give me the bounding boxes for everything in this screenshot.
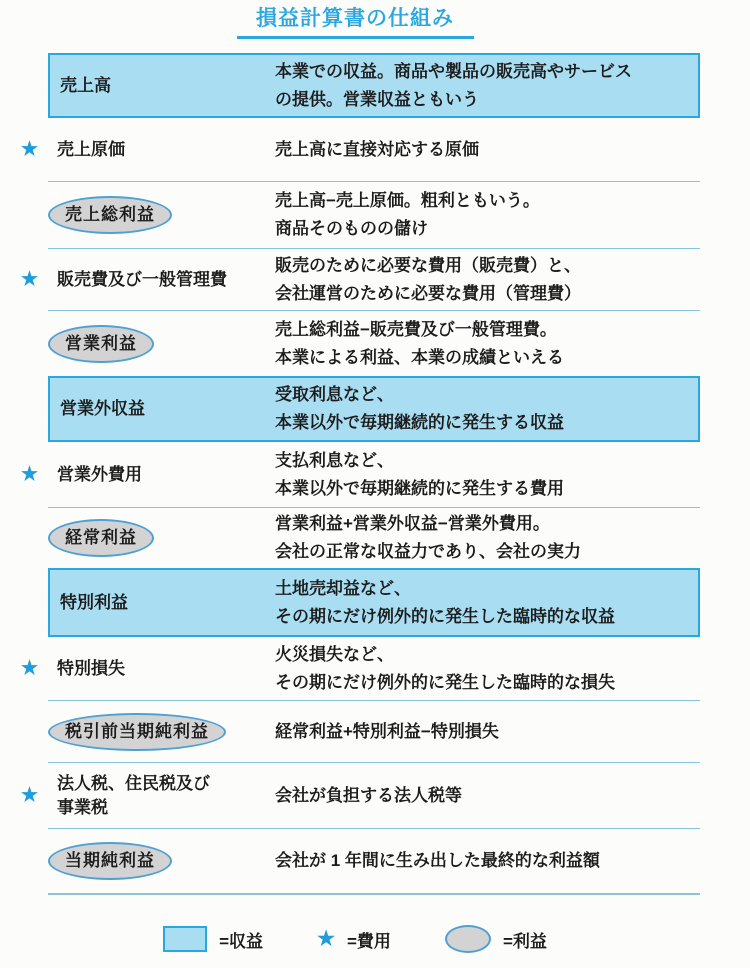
star-cell: ★ bbox=[0, 270, 48, 289]
legend-label-profit: =利益 bbox=[503, 927, 547, 952]
legend-label-expense: =費用 bbox=[347, 927, 391, 952]
desc-line: 売上高に直接対応する原価 bbox=[275, 136, 706, 164]
row-non-operating-expenses: ★ 営業外費用 支払利息など、 本業以外で毎期継続的に発生する費用 bbox=[0, 442, 750, 507]
row-description: 営業利益+営業外収益−営業外費用。 会社の正常な収益力であり、会社の実力 bbox=[275, 510, 750, 566]
star-icon: ★ bbox=[21, 786, 38, 805]
row-sales: 売上高 本業での収益。商品や製品の販売高やサービス の提供。営業収益ともいう bbox=[48, 53, 700, 118]
desc-line: その期にだけ例外的に発生した臨時的な損失 bbox=[275, 669, 706, 697]
row-description: 販売のために必要な費用（販売費）と、 会社運営のために必要な費用（管理費） bbox=[275, 252, 750, 308]
row-operating-profit: 営業利益 売上総利益−販売費及び一般管理費。 本業による利益、本業の成績といえる bbox=[48, 311, 750, 376]
desc-line: 本業での収益。商品や製品の販売高やサービス bbox=[275, 58, 694, 86]
desc-line: 販売のために必要な費用（販売費）と、 bbox=[275, 252, 706, 280]
star-icon: ★ bbox=[21, 659, 38, 678]
desc-line: 土地売却益など、 bbox=[275, 575, 694, 603]
row-net-profit: 当期純利益 会社が 1 年間に生み出した最終的な利益額 bbox=[48, 829, 750, 893]
row-description: 会社が負担する法人税等 bbox=[275, 782, 750, 810]
legend-item-expense: ★ =費用 bbox=[317, 927, 391, 952]
row-description: 土地売却益など、 その期にだけ例外的に発生した臨時的な収益 bbox=[275, 575, 698, 631]
row-non-operating-income: 営業外収益 受取利息など、 本業以外で毎期継続的に発生する収益 bbox=[48, 376, 700, 442]
revenue-box-swatch bbox=[163, 926, 207, 952]
legend-item-profit: =利益 bbox=[445, 925, 547, 953]
desc-line: 本業による利益、本業の成績といえる bbox=[275, 344, 706, 372]
row-label-cell: 当期純利益 bbox=[48, 842, 275, 880]
legend-divider bbox=[48, 893, 700, 895]
desc-line: 本業以外で毎期継続的に発生する費用 bbox=[275, 475, 706, 503]
row-pretax-profit: 税引前当期純利益 経常利益+特別利益−特別損失 bbox=[48, 701, 750, 762]
row-label: 売上高 bbox=[50, 74, 275, 98]
profit-oval: 営業利益 bbox=[48, 325, 154, 363]
row-extraordinary-losses: ★ 特別損失 火災損失など、 その期にだけ例外的に発生した臨時的な損失 bbox=[0, 637, 750, 700]
row-gross-profit: 売上総利益 売上高−売上原価。粗利ともいう。 商品そのものの儲け bbox=[48, 182, 750, 248]
label-line: 事業税 bbox=[57, 796, 275, 820]
row-description: 売上高に直接対応する原価 bbox=[275, 136, 750, 164]
page-title: 損益計算書の仕組み bbox=[256, 6, 454, 32]
row-label-cell: 売上総利益 bbox=[48, 196, 275, 234]
desc-line: 会社が負担する法人税等 bbox=[275, 782, 706, 810]
row-label: 営業外費用 bbox=[48, 463, 275, 487]
row-label-cell: 営業利益 bbox=[48, 325, 275, 363]
profit-oval-swatch bbox=[445, 925, 491, 953]
row-extraordinary-gains: 特別利益 土地売却益など、 その期にだけ例外的に発生した臨時的な収益 bbox=[48, 568, 700, 637]
desc-line: 受取利息など、 bbox=[275, 381, 694, 409]
star-icon: ★ bbox=[21, 270, 38, 289]
row-label-cell: 経常利益 bbox=[48, 519, 275, 557]
desc-line: 会社運営のために必要な費用（管理費） bbox=[275, 280, 706, 308]
desc-line: 会社が 1 年間に生み出した最終的な利益額 bbox=[275, 847, 706, 875]
desc-line: 経常利益+特別利益−特別損失 bbox=[275, 718, 706, 746]
legend-item-revenue: =収益 bbox=[163, 926, 263, 952]
legend-label-revenue: =収益 bbox=[219, 927, 263, 952]
desc-line: 売上総利益−販売費及び一般管理費。 bbox=[275, 316, 706, 344]
row-description: 売上高−売上原価。粗利ともいう。 商品そのものの儲け bbox=[275, 187, 750, 243]
star-icon: ★ bbox=[317, 929, 335, 949]
row-sg-and-a: ★ 販売費及び一般管理費 販売のために必要な費用（販売費）と、 会社運営のために… bbox=[0, 249, 750, 310]
star-cell: ★ bbox=[0, 786, 48, 805]
legend: =収益 ★ =費用 =利益 bbox=[0, 925, 710, 953]
row-label: 販売費及び一般管理費 bbox=[48, 268, 275, 292]
profit-oval: 当期純利益 bbox=[48, 842, 172, 880]
row-label: 売上原価 bbox=[48, 138, 275, 162]
desc-line: 会社の正常な収益力であり、会社の実力 bbox=[275, 538, 706, 566]
row-description: 売上総利益−販売費及び一般管理費。 本業による利益、本業の成績といえる bbox=[275, 316, 750, 372]
star-icon: ★ bbox=[21, 140, 38, 159]
star-cell: ★ bbox=[0, 465, 48, 484]
row-label: 法人税、住民税及び 事業税 bbox=[48, 772, 275, 820]
row-cost-of-sales: ★ 売上原価 売上高に直接対応する原価 bbox=[0, 118, 750, 181]
star-cell: ★ bbox=[0, 659, 48, 678]
label-line: 法人税、住民税及び bbox=[57, 772, 275, 796]
profit-oval: 売上総利益 bbox=[48, 196, 172, 234]
star-cell: ★ bbox=[0, 140, 48, 159]
profit-oval: 税引前当期純利益 bbox=[48, 713, 226, 751]
desc-line: 火災損失など、 bbox=[275, 641, 706, 669]
row-description: 支払利息など、 本業以外で毎期継続的に発生する費用 bbox=[275, 447, 750, 503]
row-income-taxes: ★ 法人税、住民税及び 事業税 会社が負担する法人税等 bbox=[0, 763, 750, 828]
row-label: 特別損失 bbox=[48, 657, 275, 681]
row-description: 受取利息など、 本業以外で毎期継続的に発生する収益 bbox=[275, 381, 698, 437]
row-description: 会社が 1 年間に生み出した最終的な利益額 bbox=[275, 847, 750, 875]
desc-line: その期にだけ例外的に発生した臨時的な収益 bbox=[275, 603, 694, 631]
desc-line: 売上高−売上原価。粗利ともいう。 bbox=[275, 187, 706, 215]
row-ordinary-profit: 経常利益 営業利益+営業外収益−営業外費用。 会社の正常な収益力であり、会社の実… bbox=[48, 508, 750, 568]
title-block: 損益計算書の仕組み bbox=[0, 0, 710, 39]
star-icon: ★ bbox=[21, 465, 38, 484]
desc-line: 営業利益+営業外収益−営業外費用。 bbox=[275, 510, 706, 538]
profit-oval: 経常利益 bbox=[48, 519, 154, 557]
desc-line: 商品そのものの儲け bbox=[275, 215, 706, 243]
row-label: 特別利益 bbox=[50, 591, 275, 615]
desc-line: 本業以外で毎期継続的に発生する収益 bbox=[275, 409, 694, 437]
row-description: 本業での収益。商品や製品の販売高やサービス の提供。営業収益ともいう bbox=[275, 58, 698, 114]
desc-line: の提供。営業収益ともいう bbox=[275, 86, 694, 114]
row-description: 火災損失など、 その期にだけ例外的に発生した臨時的な損失 bbox=[275, 641, 750, 697]
desc-line: 支払利息など、 bbox=[275, 447, 706, 475]
row-label-cell: 税引前当期純利益 bbox=[48, 713, 275, 751]
row-label: 営業外収益 bbox=[50, 397, 275, 421]
title-underline bbox=[237, 36, 474, 39]
pl-statement-diagram: 損益計算書の仕組み 売上高 本業での収益。商品や製品の販売高やサービス の提供。… bbox=[0, 0, 750, 968]
row-description: 経常利益+特別利益−特別損失 bbox=[275, 718, 750, 746]
